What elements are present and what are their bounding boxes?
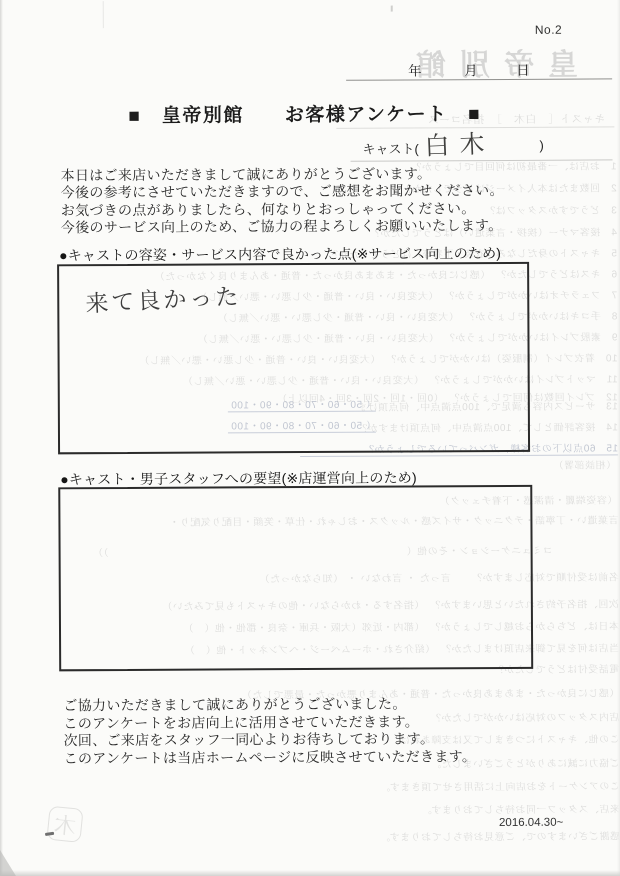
intro-line: お気づきの点がありましたら、何なりとおっしゃってください。 [61,200,504,220]
scan-crease-artifact [103,1,104,28]
scan-edge-left [0,0,3,876]
closing-line: ご協力いただきまして誠にありがとうございました。 [63,695,476,715]
bleedthrough-layer: 皇帝別館キャスト［ 白木 ］ 指名コース1 お店は、一番最初は何回目でしょうか？… [0,0,618,2]
cast-field-label: キャスト( [362,138,418,157]
scan-speck-artifact [391,6,393,12]
closing-line: 次回、ご来店をスタッフ一同心よりお待ちしております。 [64,730,477,750]
intro-line: 今後のサービス向上のため、ご協力の程よろしくお願いいたします。 [61,217,504,237]
validity-date: 2016.04.30~ [499,817,563,829]
page-number: No.2 [535,23,562,37]
handwritten-response: 来て良かった [85,278,242,319]
intro-line: 今後の参考にさせていただきますので、ご感想をお聞かせください。 [61,182,504,202]
scanned-survey-page: 皇帝別館キャスト［ 白木 ］ 指名コース1 お店は、一番最初は何回目でしょうか？… [0,0,620,876]
closing-paragraph: ご協力いただきまして誠にありがとうございました。 このアンケートをお店向上に活用… [63,695,476,767]
feedback-box-good-points: 来て良かった [57,262,530,454]
date-year-label: 年 [408,59,422,79]
page-content: 皇帝別館キャスト［ 白木 ］ 指名コース1 お店は、一番最初は何回目でしょうか？… [0,0,620,876]
date-day-label: 日 [516,59,530,79]
form-title: ■ 皇帝別館 お客様アンケート ■ [128,99,481,128]
scan-edge-bottom [0,870,620,876]
corner-stamp-bleedthrough: 木 [46,806,83,843]
date-month-label: 月 [464,59,478,79]
closing-line: このアンケートは当店ホームページに反映させていただきます。 [64,748,477,768]
bleedthrough-text: 感謝ございますので、ご意見お待ちしております。 [324,831,620,844]
cast-field-close-paren: ) [539,138,543,153]
cast-name-handwritten: 白木 [424,124,495,163]
stamp-character: 木 [53,808,78,841]
bleedthrough-text: 来店、スタッフ一同お待ちしております。 [334,804,620,816]
closing-line: このアンケートをお店向上に活用させていただきます。 [63,713,476,733]
bleedthrough-text: このアンケートをお店向上に活用させて頂きます。 [324,781,620,794]
intro-paragraph: 本日はご来店いただきまして誠にありがとうございます。 今後の参考にさせていただき… [61,165,504,237]
feedback-box-requests [58,485,533,671]
bleedthrough-text: （相談部署） [548,460,616,471]
